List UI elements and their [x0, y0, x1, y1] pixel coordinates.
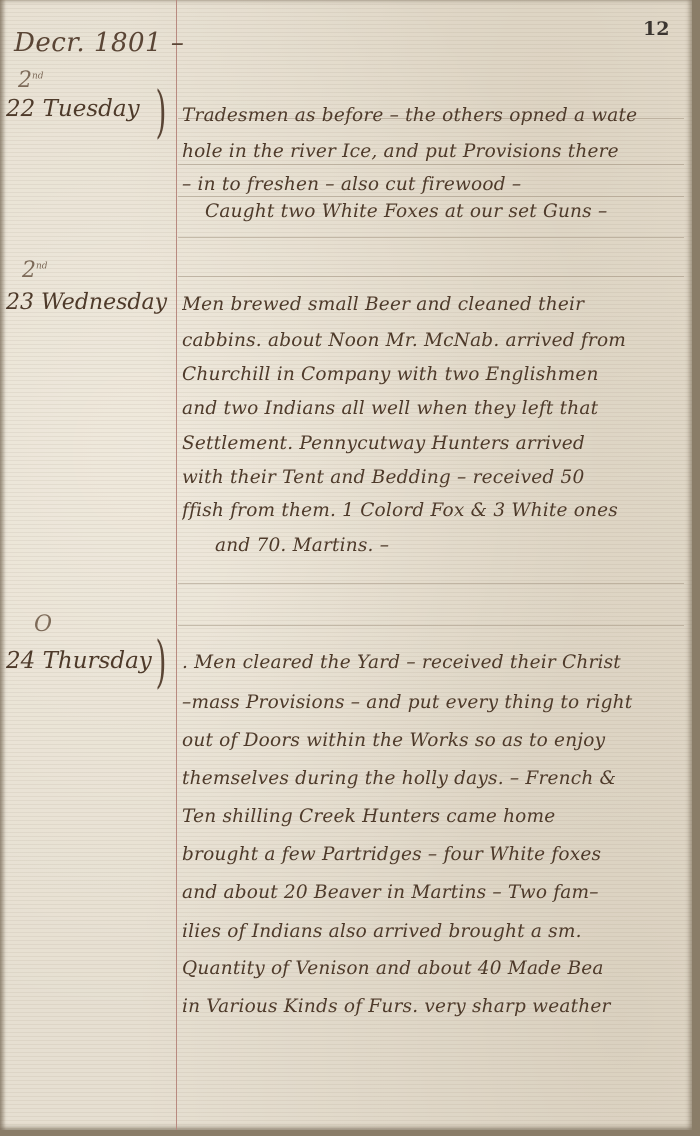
entry-date: 22 Tuesday	[6, 96, 140, 122]
entry-line: Quantity of Venison and about 40 Made Be…	[182, 958, 692, 979]
entry-line: Men brewed small Beer and cleaned their	[182, 294, 692, 315]
entry-date: 24 Thursday	[6, 648, 152, 674]
entry-line: cabbins. about Noon Mr. McNab. arrived f…	[182, 330, 692, 351]
ruled-line	[178, 237, 684, 238]
ruled-line	[178, 583, 684, 584]
brace-mark: )	[155, 80, 166, 145]
month-header: Decr. 1801 –	[14, 28, 184, 58]
entry-line: –mass Provisions – and put every thing t…	[182, 692, 692, 713]
entry-line: Ten shilling Creek Hunters came home	[182, 806, 692, 827]
entry-line: and about 20 Beaver in Martins – Two fam…	[182, 882, 692, 903]
entry-line: Tradesmen as before – the others opned a…	[182, 105, 692, 126]
page-number: 12	[643, 18, 669, 40]
entry-line: – in to freshen – also cut firewood –	[182, 174, 692, 195]
entry-line: in Various Kinds of Furs. very sharp wea…	[182, 996, 692, 1017]
entry-line: themselves during the holly days. – Fren…	[182, 768, 692, 789]
entry-line: brought a few Partridges – four White fo…	[182, 844, 692, 865]
ruled-line	[178, 196, 684, 197]
binding-shadow	[0, 0, 6, 1130]
ruled-line	[178, 164, 684, 165]
entry-date: 23 Wednesday	[6, 290, 167, 315]
margin-rule	[176, 0, 177, 1130]
ordinal-mark: 2nd	[22, 258, 48, 283]
ruled-line	[178, 276, 684, 277]
entry-line: out of Doors within the Works so as to e…	[182, 730, 692, 751]
journal-page: 12 Decr. 1801 – 2nd 22 Tuesday ) Tradesm…	[0, 0, 692, 1130]
entry-line: ilies of Indians also arrived brought a …	[182, 921, 692, 942]
ordinal-mark: 2nd	[18, 68, 44, 93]
ordinal-mark: O	[34, 612, 52, 637]
entry-line: and two Indians all well when they left …	[182, 398, 692, 419]
entry-line: Churchill in Company with two Englishmen	[182, 364, 692, 385]
entry-line: Caught two White Foxes at our set Guns –	[205, 201, 700, 222]
entry-line: and 70. Martins. –	[215, 535, 700, 556]
entry-line: ffish from them. 1 Colord Fox & 3 White …	[182, 500, 692, 521]
entry-line: with their Tent and Bedding – received 5…	[182, 467, 692, 488]
brace-mark: )	[155, 630, 166, 695]
entry-line: hole in the river Ice, and put Provision…	[182, 141, 692, 162]
entry-line: Settlement. Pennycutway Hunters arrived	[182, 433, 692, 454]
ruled-line	[178, 625, 684, 626]
entry-line: . Men cleared the Yard – received their …	[182, 652, 692, 673]
